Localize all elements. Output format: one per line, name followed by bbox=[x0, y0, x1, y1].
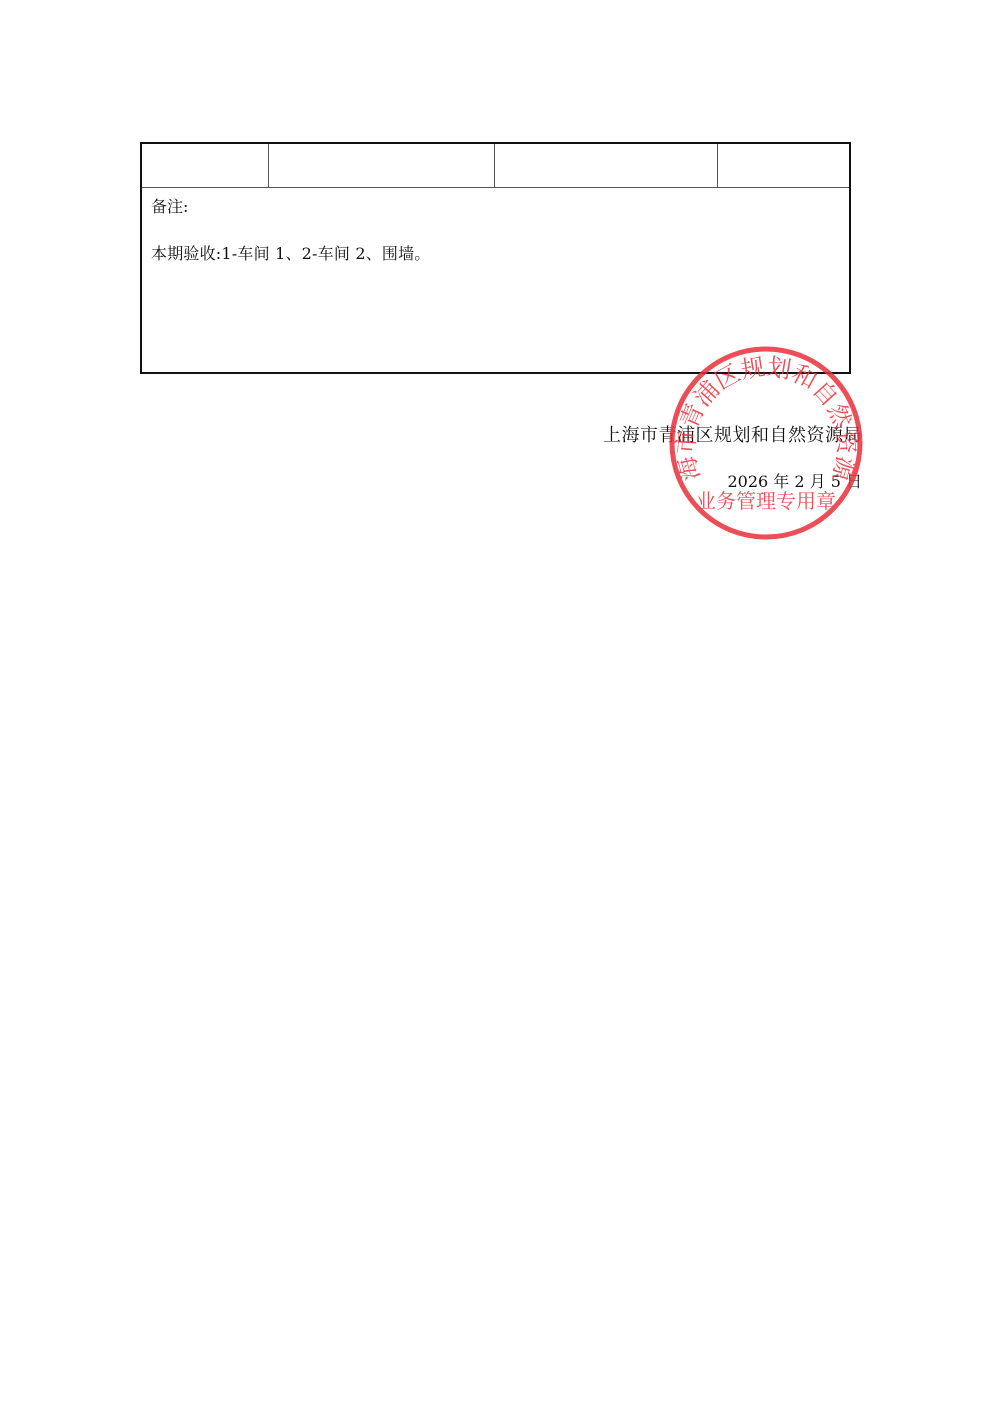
remarks-text: 本期验收:1-车间 1、2-车间 2、围墙。 bbox=[151, 241, 431, 264]
official-seal-icon: 上海市青浦区规划和自然资源局 业务管理专用章 bbox=[666, 343, 866, 543]
seal-arc-text: 上海市青浦区规划和自然资源局 bbox=[666, 343, 861, 485]
table-cell-1 bbox=[142, 144, 268, 187]
seal-bottom-text: 业务管理专用章 bbox=[696, 489, 836, 513]
table-cell-3 bbox=[495, 144, 717, 187]
table-row bbox=[142, 144, 849, 188]
svg-text:上海市青浦区规划和自然资源局: 上海市青浦区规划和自然资源局 bbox=[666, 343, 861, 485]
table-cell-2 bbox=[269, 144, 494, 187]
remarks-label: 备注: bbox=[151, 194, 188, 217]
form-table: 备注: 本期验收:1-车间 1、2-车间 2、围墙。 bbox=[140, 142, 851, 374]
table-cell-4 bbox=[718, 144, 849, 187]
